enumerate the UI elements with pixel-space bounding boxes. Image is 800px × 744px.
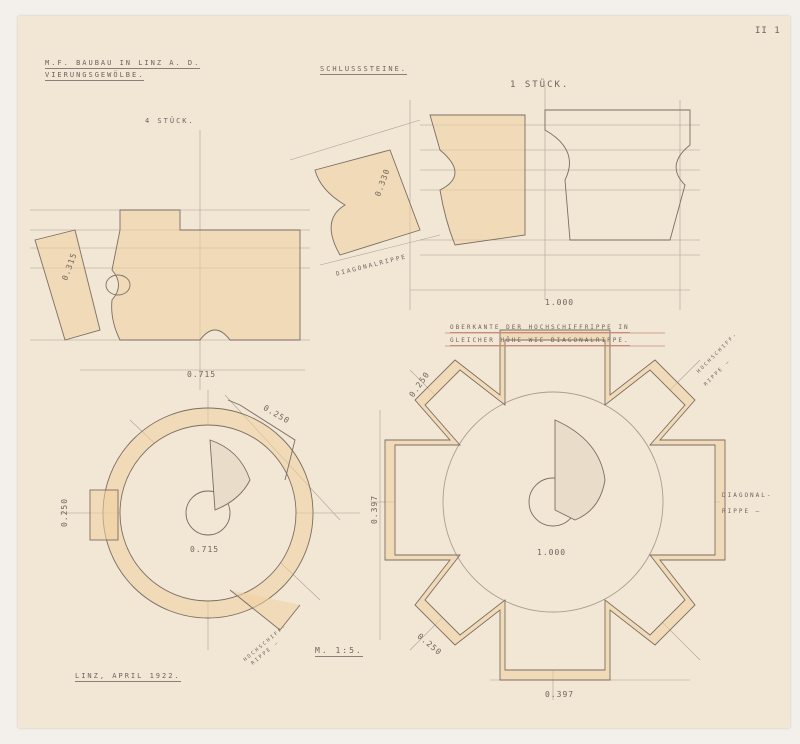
place-date-label: Linz, April 1922. bbox=[75, 672, 181, 682]
diagonal-rib-plan-label-1: Diagonal- bbox=[722, 492, 773, 499]
top-edge-note-line1: Oberkante der Hochschiffrippe in bbox=[450, 324, 630, 333]
project-title-line1: M.F. Baubau in Linz a. D. bbox=[45, 59, 200, 69]
left-elevation bbox=[35, 210, 300, 340]
top-edge-note-line2: gleicher Höhe wie Diagonalrippe. bbox=[450, 337, 630, 346]
subject-title: Schlusssteine. bbox=[320, 65, 407, 75]
dim-left-plan-diameter: 0.715 bbox=[190, 545, 219, 554]
right-elevation bbox=[315, 110, 690, 255]
left-plan bbox=[90, 400, 313, 630]
right-count-label: 1 Stück. bbox=[510, 80, 569, 90]
dim-right-elevation-width: 1.000 bbox=[545, 298, 574, 307]
dim-left-plan-side: 0.250 bbox=[60, 498, 69, 527]
dim-right-plan-diameter: 1.000 bbox=[537, 548, 566, 557]
sheet-number: II 1 bbox=[755, 26, 781, 36]
diagonal-rib-plan-label-2: Rippe — bbox=[722, 508, 761, 515]
dim-left-elevation-width: 0.715 bbox=[187, 370, 216, 379]
left-count-label: 4 Stück. bbox=[145, 117, 195, 125]
drawing-frame: M.F. Baubau in Linz a. D. Vierungsgewölb… bbox=[0, 0, 800, 744]
project-title-line2: Vierungsgewölbe. bbox=[45, 71, 144, 81]
technical-drawing bbox=[0, 0, 800, 744]
scale-label: M. 1:5. bbox=[315, 646, 363, 657]
dim-right-plan-width: 0.397 bbox=[545, 690, 574, 699]
dim-right-plan-height: 0.397 bbox=[370, 495, 379, 524]
right-plan bbox=[385, 330, 725, 680]
